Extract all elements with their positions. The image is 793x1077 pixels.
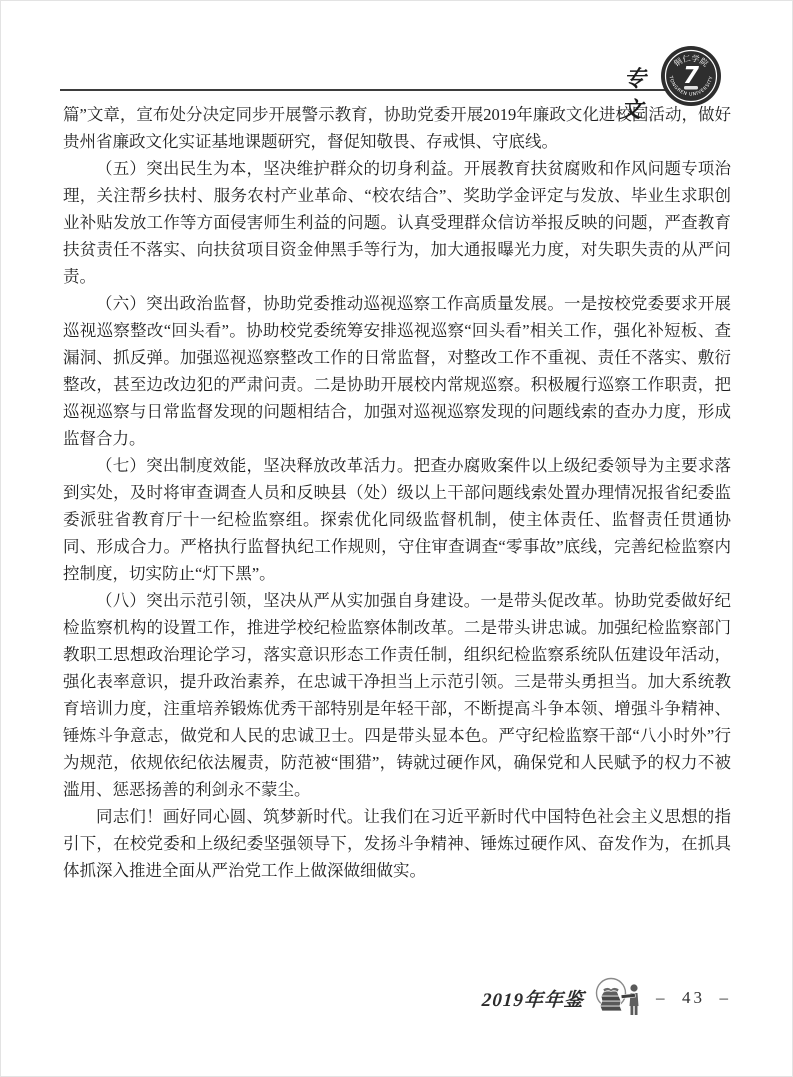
paragraph-closing: 同志们！画好同心圆、筑梦新时代。让我们在习近平新时代中国特色社会主义思想的指引下… (63, 803, 731, 884)
paragraph-item-5: （五）突出民生为本，坚决维护群众的切身利益。开展教育扶贫腐败和作风问题专项治理，… (63, 155, 731, 290)
document-page: 专文 铜仁学院 TONGREN UNIVERSITY 7 篇”文章，宣布处分决定… (0, 0, 793, 1077)
paragraph-item-8: （八）突出示范引领，坚决从严从实加强自身建设。一是带头促改革。协助党委做好纪检监… (63, 587, 731, 803)
books-and-reader-icon (594, 976, 646, 1020)
page-footer: 2019年年鉴 (482, 976, 731, 1020)
seal-center-glyph: 7 (683, 63, 699, 89)
paragraph-continuation: 篇”文章，宣布处分决定同步开展警示教育，协助党委开展2019年廉政文化进校园活动… (63, 101, 731, 155)
header-rule (60, 89, 668, 91)
article-body: 篇”文章，宣布处分决定同步开展警示教育，协助党委开展2019年廉政文化进校园活动… (63, 101, 731, 884)
university-seal-icon: 铜仁学院 TONGREN UNIVERSITY 7 (660, 45, 722, 107)
journal-title: 2019年年鉴 (481, 985, 585, 1012)
paragraph-item-6: （六）突出政治监督，协助党委推动巡视巡察工作高质量发展。一是按校党委要求开展巡视… (63, 290, 731, 452)
page-number: – 43 – (656, 988, 731, 1008)
paragraph-item-7: （七）突出制度效能，坚决释放改革活力。把查办腐败案件以上级纪委领导为主要求落到实… (63, 452, 731, 587)
